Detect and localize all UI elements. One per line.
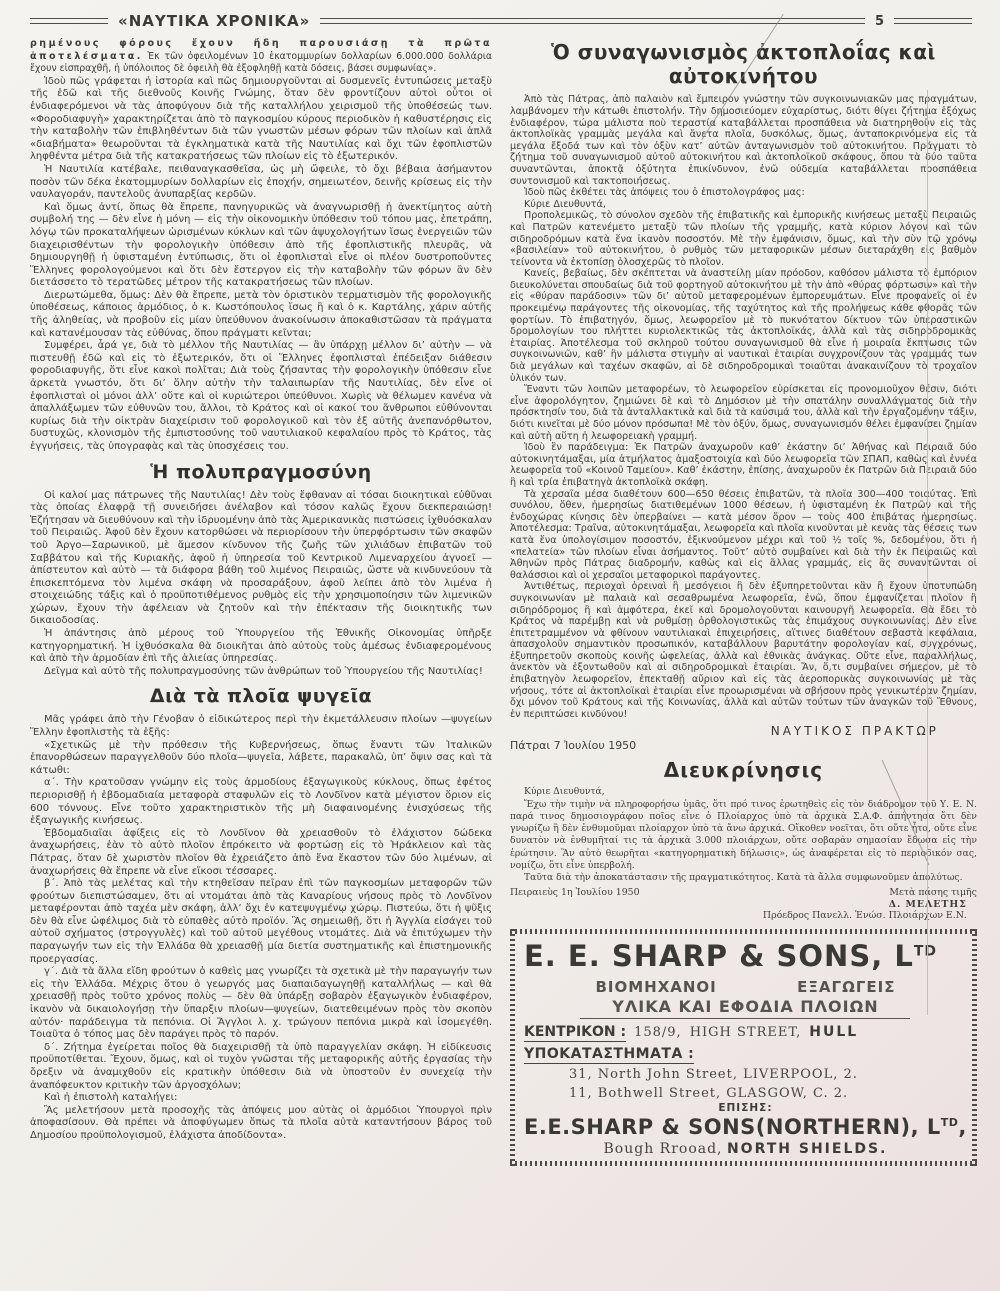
ad-industry-left: ΒΙΟΜΗΧΑΝΟΙ <box>595 978 716 996</box>
ad-company-name: E. E. SHARP & SONS, LTD <box>524 939 967 974</box>
paragraph: Ἔναντι τῶν λοιπῶν μεταφορέων, τὸ λεωφορε… <box>510 384 977 442</box>
masthead: «ΝΑΥΤΙΚΑ ΧΡΟΝΙΚΑ» 5 <box>30 12 972 30</box>
ad-address-north-shields: Bough Rrooad, NORTH SHIELDS. <box>524 1141 967 1158</box>
letter-salutation: Κύριε Διευθυντά, <box>510 199 977 211</box>
ad-company2-tail: , <box>958 1115 966 1139</box>
paragraph: «Σχετικῶς μὲ τὴν πρόθεσιν τῆς Κυβερνήσεω… <box>30 740 492 778</box>
paragraph: Ταῦτα διὰ τὴν ἀποκατάστασιν τῆς πραγματι… <box>510 872 977 884</box>
article-title-synagonismos: Ὁ συναγωνισμὸς ἀκτοπλοΐας καὶ αὐτοκινήτο… <box>510 40 977 88</box>
paragraph: Ἔχω τὴν τιμὴν νὰ πληροφορήσω ὑμᾶς, ὅτι π… <box>510 799 977 872</box>
ad-head-office-street: HIGH STREET, <box>690 1025 802 1041</box>
ad-address-street: Bough Rrooad, <box>604 1141 723 1157</box>
ad-also-label: ΕΠΙΣΗΣ: <box>524 1102 967 1115</box>
letter-signature: ΝΑΥΤΙΚΟΣ ΠΡΑΚΤΩΡ <box>510 724 939 739</box>
clarification-dateline: Πειραιεὺς 1η Ἰουλίου 1950 <box>510 887 640 898</box>
letter-dateline: Πάτραι 7 Ἰουλίου 1950 <box>510 739 977 752</box>
paragraph: Ἑβδομαδιαῖαι ἀφίξεις εἰς τὸ Λονδῖνον θὰ … <box>30 828 492 878</box>
ad-company2-text: E.E.SHARP & SONS(NORTHERN), L <box>524 1115 941 1139</box>
ad-company2-name: E.E.SHARP & SONS(NORTHERN), LTD, <box>524 1115 967 1140</box>
paragraph: β΄. Ἀπὸ τὰς μελέτας καὶ τὴν κτηθεῖσαν πε… <box>30 878 492 966</box>
right-column: Ὁ συναγωνισμὸς ἀκτοπλοΐας καὶ αὐτοκινήτο… <box>510 38 977 1166</box>
paragraph: Ἰδοὺ πῶς ἐκθέτει τὰς ἀπόψεις του ὁ ἐπιστ… <box>510 187 977 199</box>
ad-branch-liverpool: 31, North John Street, LIVERPOOL, 2. <box>569 1067 967 1083</box>
paragraph: Προπολεμικῶς, τὸ σύνολον σχεδὸν τῆς ἐπιβ… <box>510 210 977 268</box>
paragraph: Ἀπὸ τὰς Πάτρας, ἀπὸ παλαιὸν καὶ ἔμπειρον… <box>510 94 977 187</box>
ad-supplies-line: ΥΛΙΚΑ ΚΑΙ ΕΦΟΔΙΑ ΠΛΟΙΩΝ <box>580 997 910 1019</box>
paragraph: Οἱ καλοί μας πάτρωνες τῆς Ναυτιλίας! Δὲν… <box>30 490 492 629</box>
paragraph: Ἰδοὺ ἓν παράδειγμα: Ἐκ Πατρῶν ἀναχωροῦν … <box>510 442 977 488</box>
ad-company-sup: TD <box>914 944 937 960</box>
ad-border-bottom <box>510 1161 977 1166</box>
paragraph: Μᾶς γράφει ἀπὸ τὴν Γένοβαν ὁ εἰδικώτερος… <box>30 714 492 739</box>
paragraph: γ΄. Διὰ τὰ ἄλλα εἴδη φρούτων ὁ καθεὶς μα… <box>30 966 492 1042</box>
paragraph: Ἂς μελετήσουν μετὰ προσοχῆς τὰς ἀπόψεις … <box>30 1105 492 1143</box>
clarification-letter: Κύριε Διευθυντά, Ἔχω τὴν τιμὴν νὰ πληροφ… <box>510 786 977 884</box>
advertisement-sharp-and-sons: E. E. SHARP & SONS, LTD ΒΙΟΜΗΧΑΝΟΙ ΕΞΑΓΩ… <box>510 929 977 1166</box>
ad-company2-sup: TD <box>941 1116 959 1129</box>
ad-head-office-city: HULL <box>809 1024 858 1041</box>
newspaper-page: «ΝΑΥΤΙΚΑ ΧΡΟΝΙΚΑ» 5 ρημένους φόρους ἔχου… <box>0 0 1000 1291</box>
publication-title: «ΝΑΥΤΙΚΑ ΧΡΟΝΙΚΑ» <box>118 12 310 30</box>
article-title-polypragmosyni: Ἡ πολυπραγμοσύνη <box>30 461 492 485</box>
clarification-closing: Μετὰ πάσης τιμῆς <box>889 887 977 898</box>
left-column: ρημένους φόρους ἔχουν ἤδη παρουσιάσῃ τὰ … <box>30 38 492 1166</box>
clarification-salutation: Κύριε Διευθυντά, <box>510 786 977 798</box>
paragraph: Κανείς, βεβαίως, δὲν σκέπτεται νὰ ἀναστε… <box>510 268 977 384</box>
clarification-closing-row: Πειραιεὺς 1η Ἰουλίου 1950 Μετὰ πάσης τιμ… <box>510 887 977 898</box>
clarification-title: Διευκρίνησις <box>510 758 977 782</box>
ad-address-city: NORTH SHIELDS. <box>727 1141 887 1157</box>
clarification-signer-title: Πρόεδρος Πανελλ. Ἑνώσ. Πλοιάρχων Ε.Ν. <box>510 910 967 921</box>
ad-head-office-label: ΚΕΝΤΡΙΚΟΝ : <box>524 1024 626 1042</box>
page-number: 5 <box>875 14 884 29</box>
ad-head-office-number: 158/9, <box>634 1025 682 1041</box>
paragraph: Καὶ ὅμως ἀντί, ὅπως θὰ ἔπρεπε, πανηγυρικ… <box>30 202 492 290</box>
scan-fold-line <box>927 90 928 1015</box>
paragraph: δ΄. Ζήτημα ἐγείρεται ποῖος θὰ διαχειρισθ… <box>30 1042 492 1092</box>
masthead-rule-left <box>30 18 108 24</box>
paragraph: Διερωτώμεθα, ὅμως: Δὲν θὰ ἔπρεπε, μετὰ τ… <box>30 290 492 340</box>
ad-head-office-line: ΚΕΝΤΡΙΚΟΝ : 158/9, HIGH STREET, HULL <box>524 1024 967 1042</box>
paragraph: Ἰδοὺ πῶς γράφεται ἡ ἱστορία καὶ πῶς δημι… <box>30 76 492 164</box>
ad-branch-glasgow: 11, Bothwell Street, GLASGOW, C. 2. <box>569 1086 967 1102</box>
ad-border-left <box>510 929 515 1166</box>
paragraph: Συμφέρει, ἆρά γε, διὰ τὸ μέλλον τῆς Ναυτ… <box>30 340 492 453</box>
masthead-rule-center <box>320 18 865 24</box>
paragraph: Τὰ χερσαῖα μέσα διαθέτουν 600—650 θέσεις… <box>510 489 977 582</box>
paragraph: Ἡ Ναυτιλία κατέβαλε, πειθαναγκασθεῖσα, ὡ… <box>30 164 492 202</box>
paragraph: α΄. Τὴν κρατοῦσαν γνώμην εἰς τοὺς ἁρμοδί… <box>30 777 492 827</box>
paragraph: Ἀντιθέτως, περιοχαὶ ὀρειναὶ ἢ μεσόγειοι … <box>510 581 977 720</box>
ad-industry-line: ΒΙΟΜΗΧΑΝΟΙ ΕΞΑΓΩΓΕΙΣ <box>595 978 895 996</box>
clarification-signer: Δ. ΜΕΛΕΤΗΣ <box>510 899 967 910</box>
ad-branches-label: ΥΠΟΚΑΤΑΣΤΗΜΑΤΑ : <box>524 1046 694 1064</box>
paragraph: Ἡ ἀπάντησις ἀπὸ μέρους τοῦ Ὑπουργείου τῆ… <box>30 628 492 666</box>
masthead-rule-right <box>894 18 972 24</box>
article-title-ploia-psygeia: Διὰ τὰ πλοῖα ψυγεῖα <box>30 685 492 709</box>
paragraph: ρημένους φόρους ἔχουν ἤδη παρουσιάσῃ τὰ … <box>30 38 492 76</box>
paragraph: Καὶ ἡ ἐπιστολὴ καταλήγει: <box>30 1092 492 1105</box>
ad-border-right <box>972 929 977 1166</box>
ad-company-text: E. E. SHARP & SONS, L <box>524 939 914 973</box>
ad-border-top <box>510 929 977 934</box>
paragraph: Δεῖγμα καὶ αὐτὸ τῆς πολυπραγμοσύνης τῶν … <box>30 666 492 679</box>
page-columns: ρημένους φόρους ἔχουν ἤδη παρουσιάσῃ τὰ … <box>30 38 972 1166</box>
ad-industry-right: ΕΞΑΓΩΓΕΙΣ <box>797 978 895 996</box>
